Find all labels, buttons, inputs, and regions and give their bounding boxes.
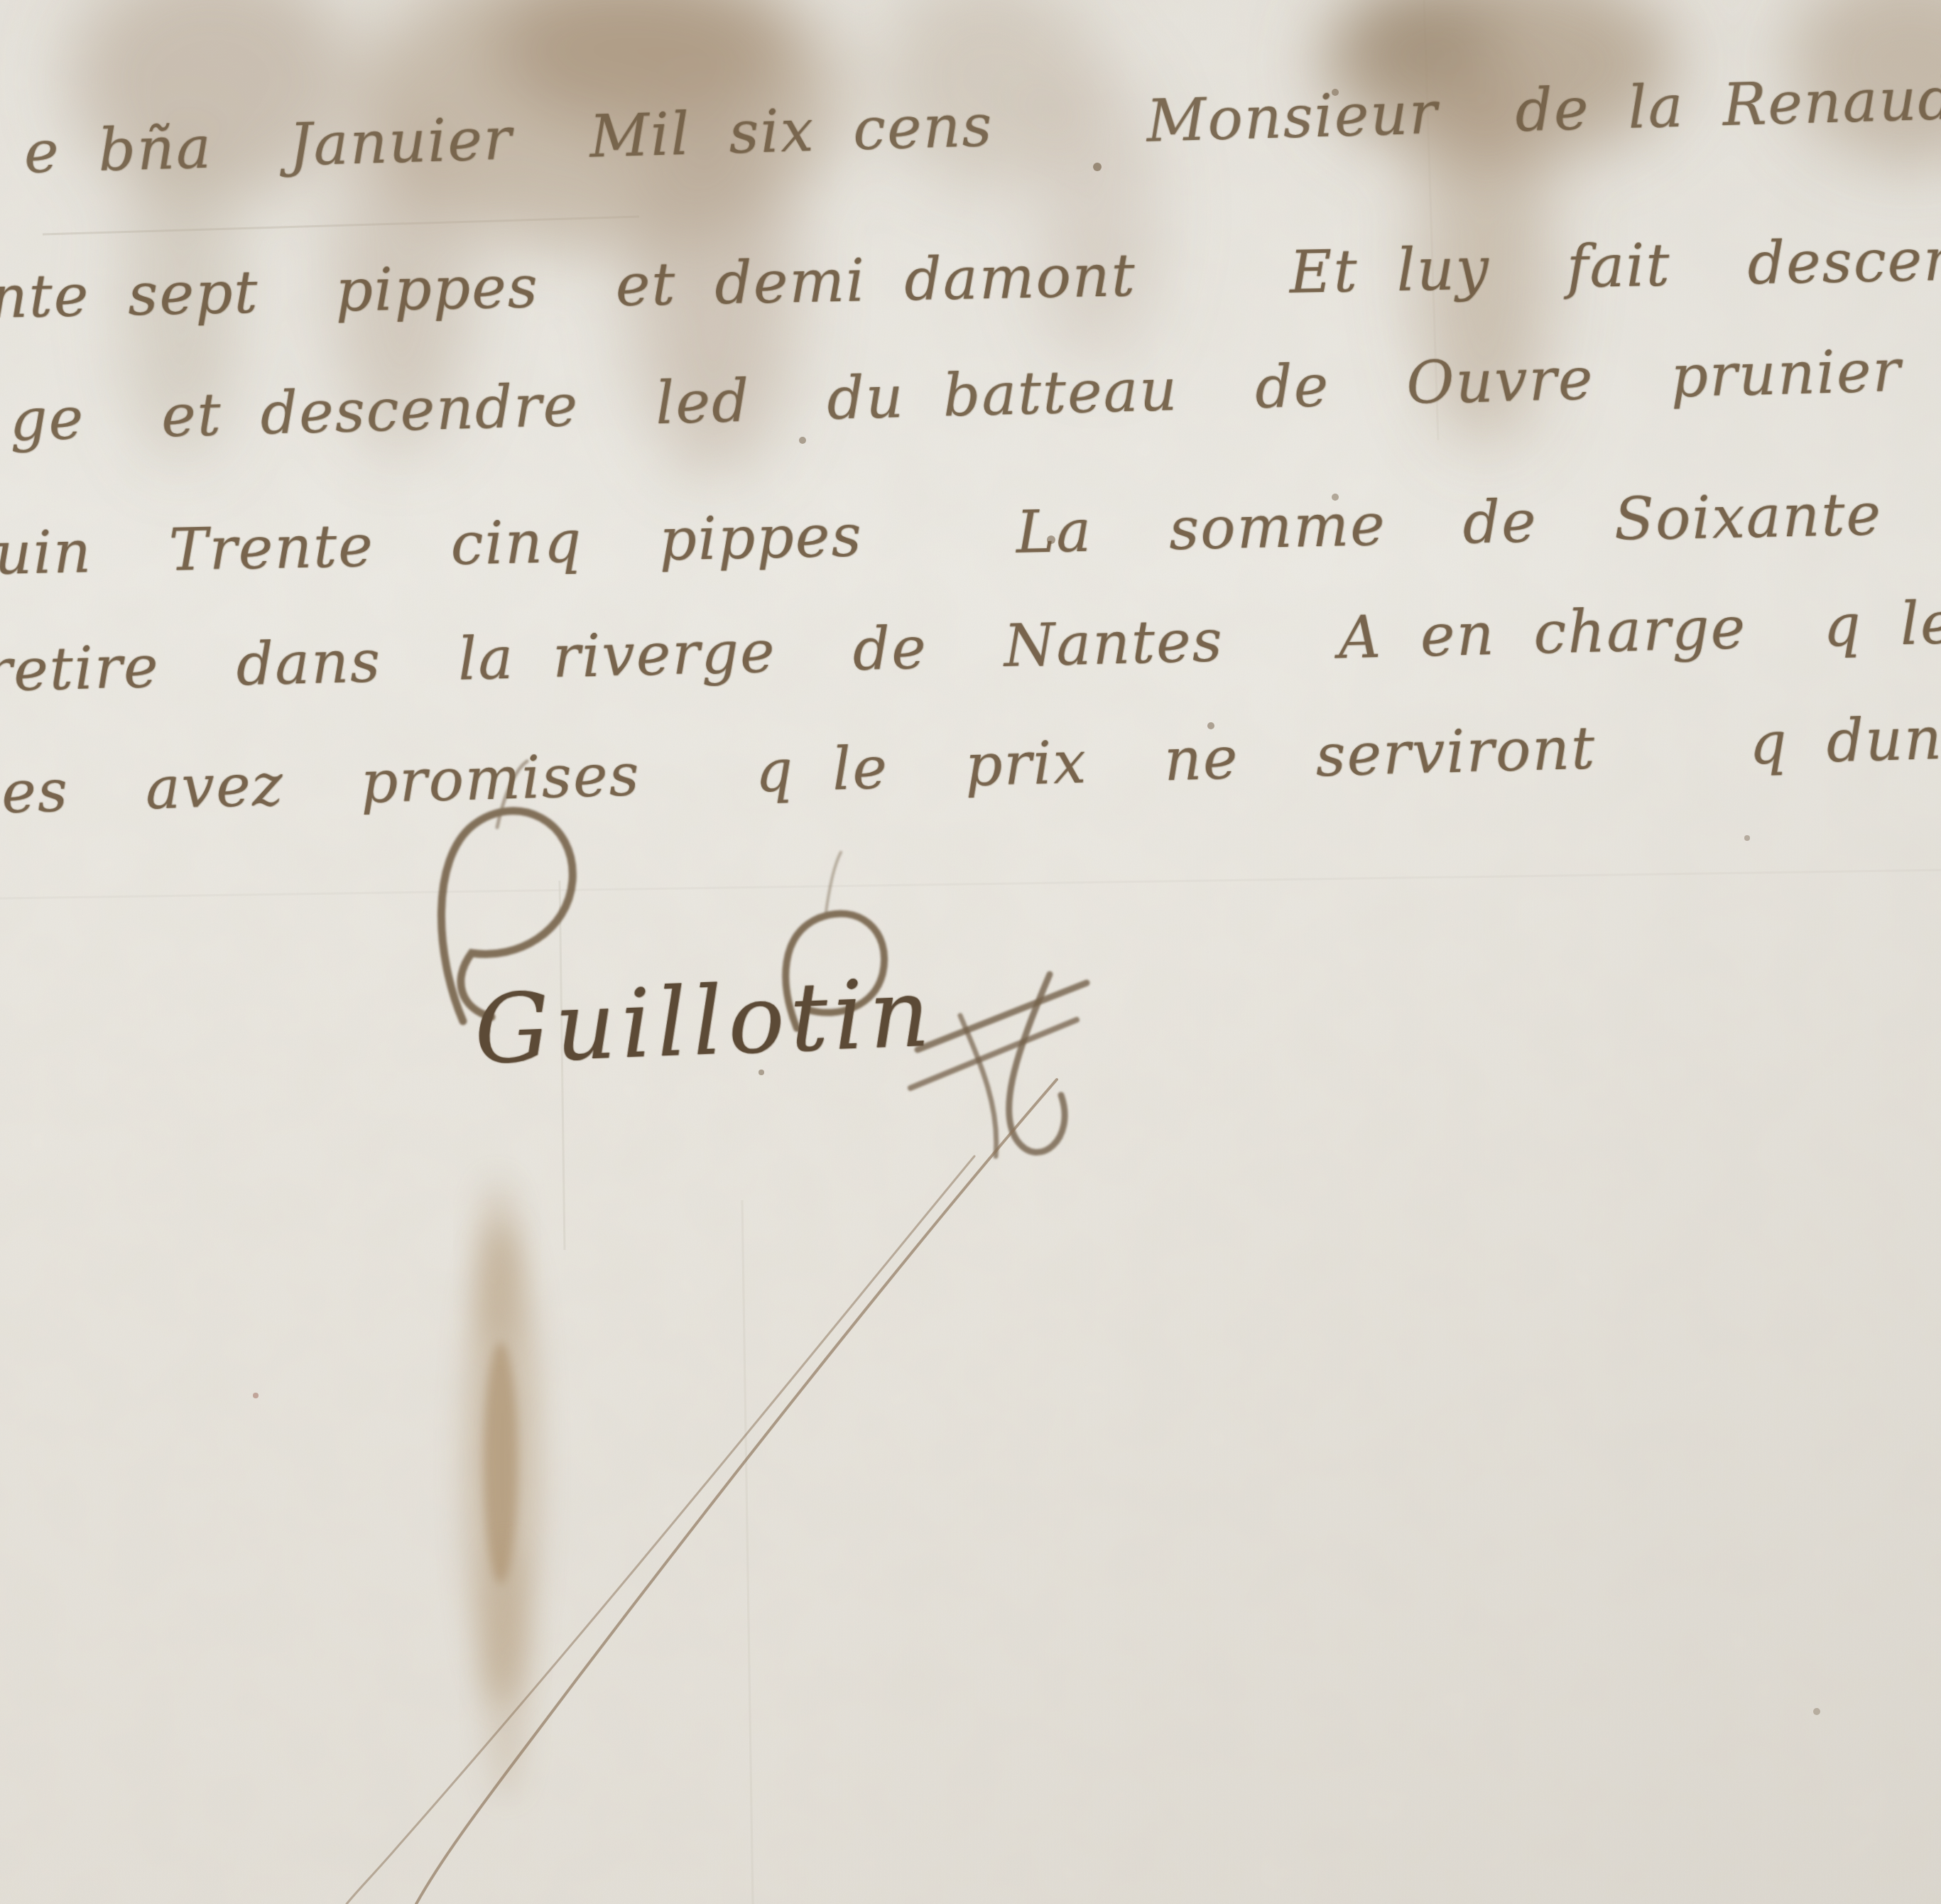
manuscript-line-3: ge et descendre led du batteau de Ouvre … xyxy=(9,332,1941,455)
manuscript-line-5: retire dans la riverge de Nantes A en ch… xyxy=(0,586,1941,705)
manuscript-line-2: nte sept pippes et demi damont Et luy fa… xyxy=(0,223,1941,332)
manuscript-line-4: uin Trente cinq pippes La somme de Soixa… xyxy=(0,477,1941,588)
manuscript-line-1: e bña Januier Mil six cens Monsieur de l… xyxy=(23,58,1941,187)
manuscript-line-6: les avez promises q le prix ne serviront… xyxy=(0,698,1941,827)
handwriting-layer: e bña Januier Mil six cens Monsieur de l… xyxy=(0,0,1941,1904)
signature-text: Guillotin xyxy=(472,959,937,1086)
manuscript-photo: e bña Januier Mil six cens Monsieur de l… xyxy=(0,0,1941,1904)
